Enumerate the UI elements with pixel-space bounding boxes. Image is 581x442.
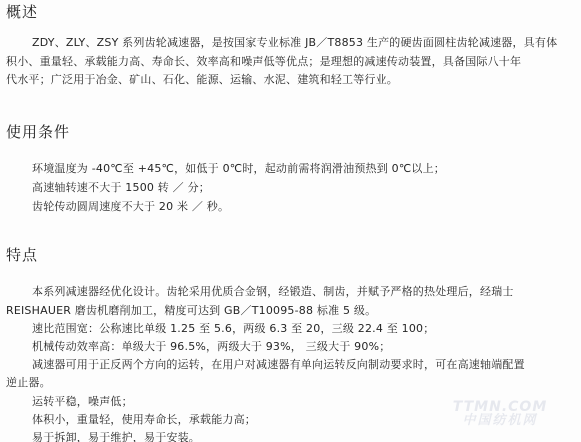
watermark-en: TTMN.COM <box>440 400 560 414</box>
features-line-2: REISHAUER 磨齿机磨削加工，精度可达到 GB／T10095-88 标准 … <box>6 304 376 317</box>
watermark-logo: TTMN.COM 中国纺机网 <box>440 400 560 428</box>
conditions-line-3: 齿轮传动圆周速度不大于 20 米 ／ 秒。 <box>32 200 229 213</box>
features-line-6: 逆止器。 <box>6 376 51 389</box>
section-title-overview: 概述 <box>6 3 38 21</box>
features-line-4: 机械传动效率高：单级大于 96.5%，两级大于 93%， 三级大于 90%； <box>32 340 390 353</box>
features-line-8: 体积小，重量轻，使用寿命长，承载能力高； <box>32 413 256 426</box>
overview-line-3: 代水平；广泛用于冶金、矿山、石化、能源、运输、水泥、建筑和轻工等行业。 <box>6 73 398 86</box>
conditions-line-1: 环境温度为 -40℃至 +45℃，如低于 0℃时，起动前需将润滑油预热到 0℃以… <box>32 162 445 175</box>
overview-line-1: ZDY、ZLY、ZSY 系列齿轮减速器，是按国家专业标准 JB／T8853 生产… <box>32 36 557 49</box>
features-line-3: 速比范围宽：公称速比单级 1.25 至 5.6，两级 6.3 至 20，三级 2… <box>32 322 434 335</box>
features-line-5: 减速器可用于正反两个方向的运转，在用户对减速器有单向运转反向制动要求时，可在高速… <box>32 358 525 371</box>
features-line-7: 运转平稳，噪声低； <box>32 395 133 408</box>
watermark-cn: 中国纺机网 <box>440 414 560 428</box>
features-line-9: 易于拆卸，易于维护，易于安装。 <box>32 431 200 442</box>
overview-line-2: 积小、重量轻、承载能力高、寿命长、效率高和噪声低等优点；是理想的减速传动装置，具… <box>6 55 521 68</box>
section-title-conditions: 使用条件 <box>6 123 70 141</box>
features-line-1: 本系列减速器经优化设计。齿轮采用优质合金钢，经锻造、制齿，并赋予严格的热处理后，… <box>32 285 514 298</box>
conditions-line-2: 高速轴转速不大于 1500 转 ／ 分； <box>32 181 210 194</box>
section-title-features: 特点 <box>6 246 38 264</box>
